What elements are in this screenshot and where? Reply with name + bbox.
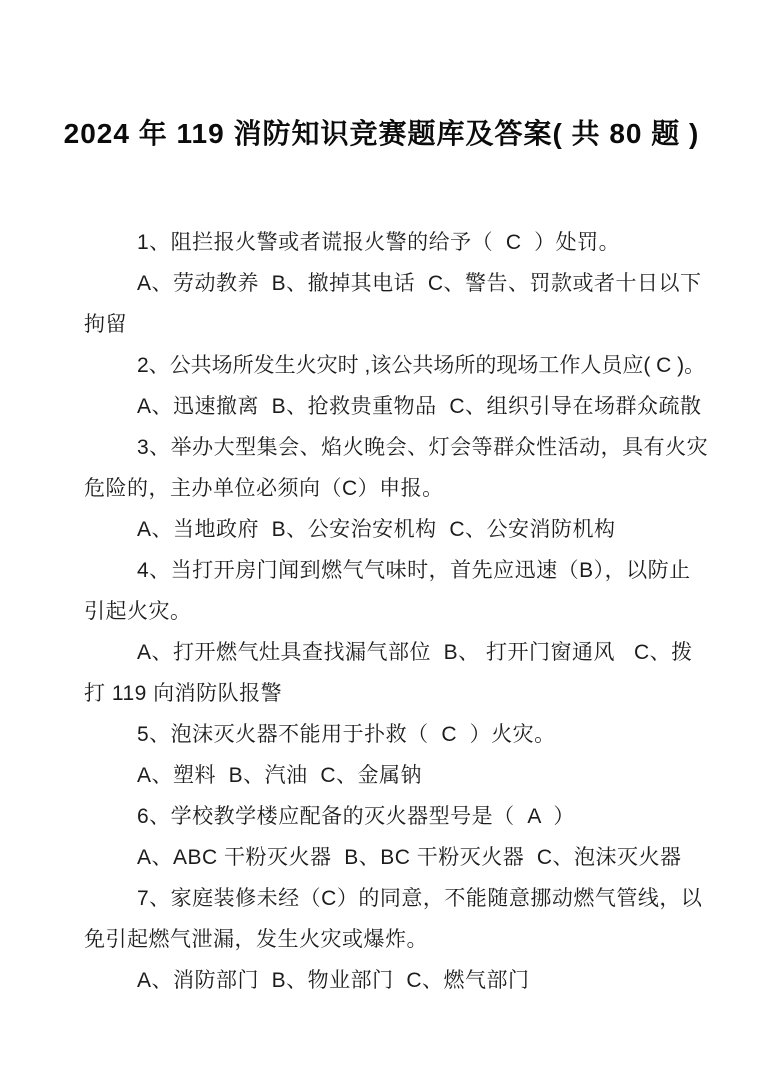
- question-6-options: A、ABC 干粉灭火器 B、BC 干粉灭火器 C、泡沫灭火器: [84, 837, 687, 878]
- question-4-text-line-1: 4、当打开房门闻到燃气气味时，首先应迅速（B），以防止: [84, 550, 687, 591]
- question-2-text: 2、公共场所发生火灾时 ,该公共场所的现场工作人员应( C )。: [84, 345, 687, 386]
- document-page: 2024 年 119 消防知识竞赛题库及答案( 共 80 题 ) 1、阻拦报火警…: [0, 0, 763, 1080]
- question-7-text-line-1: 7、家庭装修未经（C）的同意，不能随意挪动燃气管线，以: [84, 878, 687, 919]
- question-3-text-line-2: 危险的，主办单位必须向（C）申报。: [84, 468, 687, 509]
- question-1-text: 1、阻拦报火警或者谎报火警的给予（ C ）处罚。: [84, 222, 687, 263]
- question-5-text: 5、泡沫灭火器不能用于扑救（ C ）火灾。: [84, 714, 687, 755]
- question-3-text-line-1: 3、举办大型集会、焰火晚会、灯会等群众性活动，具有火灾: [84, 427, 687, 468]
- question-1-options-line-1: A、劳动教养 B、撤掉其电话 C、警告、罚款或者十日以下: [84, 263, 687, 304]
- question-5-options: A、塑料 B、汽油 C、金属钠: [84, 755, 687, 796]
- question-4-text-line-2: 引起火灾。: [84, 591, 687, 632]
- document-title: 2024 年 119 消防知识竞赛题库及答案( 共 80 题 ): [0, 112, 763, 152]
- question-4-options-line-2: 打 119 向消防队报警: [84, 673, 687, 714]
- question-7-text-line-2: 免引起燃气泄漏，发生火灾或爆炸。: [84, 919, 687, 960]
- question-4-options-line-1: A、打开燃气灶具查找漏气部位 B、 打开门窗通风 C、拨: [84, 632, 687, 673]
- question-list: 1、阻拦报火警或者谎报火警的给予（ C ）处罚。 A、劳动教养 B、撤掉其电话 …: [84, 222, 687, 1001]
- question-7-options: A、消防部门 B、物业部门 C、燃气部门: [84, 960, 687, 1001]
- question-1-options-line-2: 拘留: [84, 304, 687, 345]
- question-2-options: A、迅速撤离 B、抢救贵重物品 C、组织引导在场群众疏散: [84, 386, 687, 427]
- question-3-options: A、当地政府 B、公安治安机构 C、公安消防机构: [84, 509, 687, 550]
- question-6-text: 6、学校教学楼应配备的灭火器型号是（ A ）: [84, 796, 687, 837]
